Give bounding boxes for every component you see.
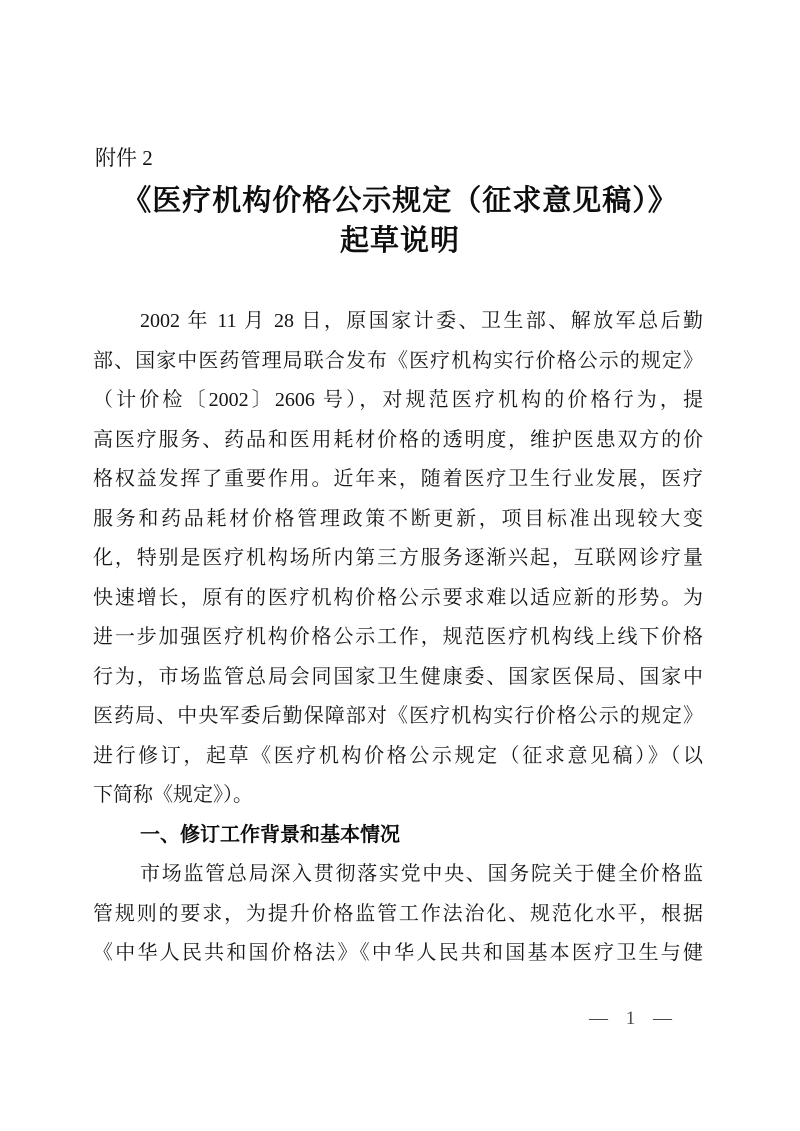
body-line: 2002 年 11 月 28 日，原国家计委、卫生部、解放军总后勤 (93, 302, 703, 342)
body-line: 服务和药品耗材价格管理政策不断更新，项目标准出现较大变 (93, 500, 703, 540)
body-line: 行为，市场监管总局会同国家卫生健康委、国家医保局、国家中 (93, 658, 703, 698)
body-line: 格权益发挥了重要作用。近年来，随着医疗卫生行业发展，医疗 (93, 460, 703, 500)
body-line: 化，特别是医疗机构场所内第三方服务逐渐兴起，互联网诊疗量 (93, 539, 703, 579)
document-title-line-2: 起草说明 (0, 221, 800, 261)
body-line: 快速增长，原有的医疗机构价格公示要求难以适应新的形势。为 (93, 579, 703, 619)
attachment-label: 附件 2 (95, 143, 153, 173)
document-title-line-1: 《医疗机构价格公示规定（征求意见稿）》 (0, 181, 800, 221)
body-line: 进行修订，起草《医疗机构价格公示规定（征求意见稿）》（以 (93, 737, 703, 777)
body-line: 医药局、中央军委后勤保障部对《医疗机构实行价格公示的规定》 (93, 697, 703, 737)
body-line: 下简称《规定》）。 (93, 776, 703, 816)
body-line: 部、国家中医药管理局联合发布《医疗机构实行价格公示的规定》 (93, 342, 703, 382)
body-line: 进一步加强医疗机构价格公示工作，规范医疗机构线上线下价格 (93, 618, 703, 658)
body-line: 《中华人民共和国价格法》《中华人民共和国基本医疗卫生与健 (93, 934, 703, 974)
document-page: 附件 2 《医疗机构价格公示规定（征求意见稿）》 起草说明 2002 年 11 … (0, 0, 800, 1131)
document-title: 《医疗机构价格公示规定（征求意见稿）》 起草说明 (0, 181, 800, 261)
page-number: — 1 — (589, 1005, 673, 1033)
document-body: 2002 年 11 月 28 日，原国家计委、卫生部、解放军总后勤 部、国家中医… (93, 302, 703, 974)
body-line: （计价检〔2002〕2606 号），对规范医疗机构的价格行为，提 (93, 381, 703, 421)
body-line: 市场监管总局深入贯彻落实党中央、国务院关于健全价格监 (93, 855, 703, 895)
section-heading-1: 一、修订工作背景和基本情况 (93, 816, 703, 856)
body-line: 高医疗服务、药品和医用耗材价格的透明度，维护医患双方的价 (93, 421, 703, 461)
body-line: 管规则的要求，为提升价格监管工作法治化、规范化水平，根据 (93, 895, 703, 935)
